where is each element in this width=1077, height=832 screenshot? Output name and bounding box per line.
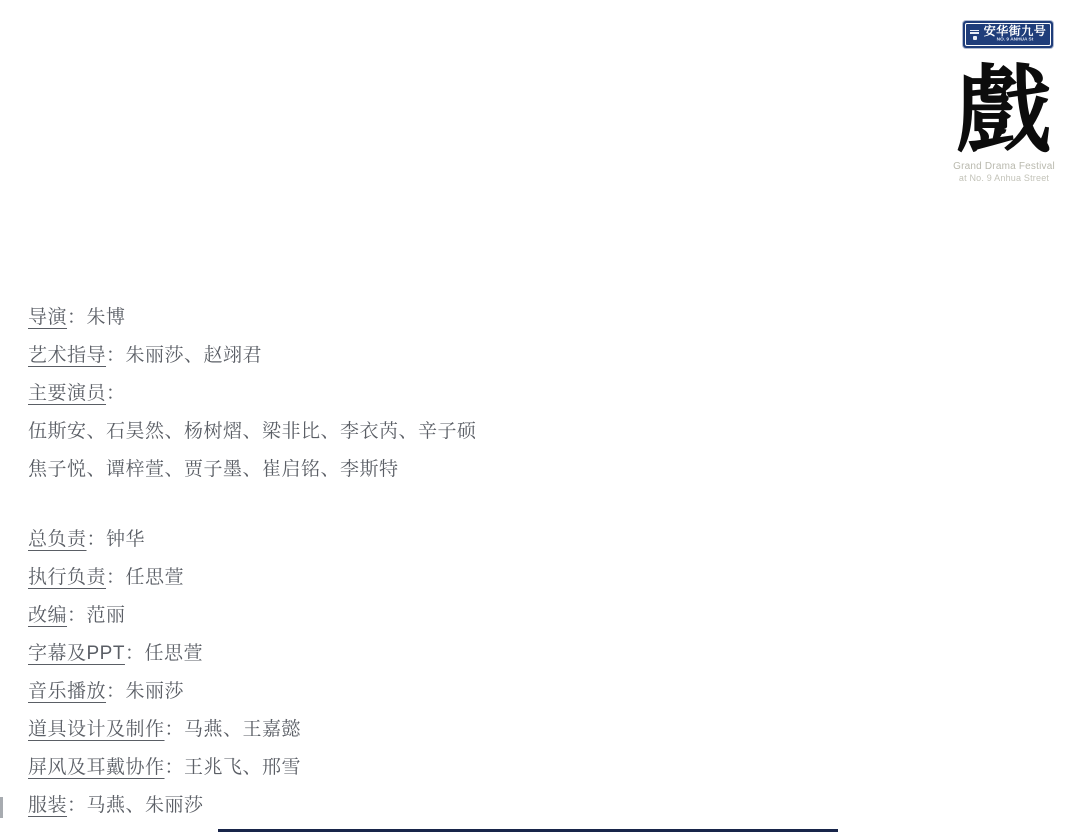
drama-character-glyph: 戲 — [943, 62, 1065, 160]
credit-line-costumes: 服装：马燕、朱丽莎 — [28, 784, 477, 822]
credit-names: 伍斯安、石昊然、杨树熠、梁非比、李衣芮、辛子硕 — [28, 416, 477, 443]
credit-names: 范丽 — [87, 600, 126, 627]
credit-names: 朱丽莎 — [126, 676, 185, 703]
credit-names: 朱博 — [87, 302, 126, 329]
credit-colon: ： — [67, 302, 87, 329]
credit-names: 任思萱 — [144, 638, 203, 665]
credit-role-label: 导演 — [28, 302, 67, 329]
credits-list: 导演：朱博 艺术指导：朱丽莎、赵翊君 主要演员： 伍斯安、石昊然、杨树熠、梁非比… — [28, 296, 477, 822]
credit-names: 任思萱 — [126, 562, 185, 589]
credit-colon: ： — [106, 676, 126, 703]
credit-line-music-playback: 音乐播放：朱丽莎 — [28, 670, 477, 708]
credit-colon: ： — [106, 378, 126, 405]
credit-role-label: 改编 — [28, 600, 67, 627]
credit-colon: ： — [106, 562, 126, 589]
credit-role-label: 字幕及PPT — [28, 638, 125, 665]
credit-line-cast-row-1: 伍斯安、石昊然、杨树熠、梁非比、李衣芮、辛子硕 — [28, 410, 477, 448]
credits-slide: 安华街九号 NO. 9 ANHUA St 戲 Grand Drama Festi… — [0, 0, 1077, 832]
credit-role-label: 执行负责 — [28, 562, 106, 589]
credit-role-label: 道具设计及制作 — [28, 714, 165, 741]
credit-line-subtitles-ppt: 字幕及PPT：任思萱 — [28, 632, 477, 670]
credit-names: 王兆飞、邢雪 — [184, 752, 301, 779]
credit-role-label: 音乐播放 — [28, 676, 106, 703]
credit-role-label: 屏风及耳戴协作 — [28, 752, 165, 779]
credit-colon: ： — [67, 790, 87, 817]
street-sign-frame: 安华街九号 NO. 9 ANHUA St — [965, 23, 1051, 46]
credit-colon: ： — [165, 714, 185, 741]
credit-role-label: 主要演员 — [28, 378, 106, 405]
credit-names: 焦子悦、谭梓萱、贾子墨、崔启铭、李斯特 — [28, 454, 399, 481]
credit-line-adaptation: 改编：范丽 — [28, 594, 477, 632]
credit-names: 钟华 — [106, 524, 145, 551]
credit-line-cast-row-2: 焦子悦、谭梓萱、贾子墨、崔启铭、李斯特 — [28, 448, 477, 486]
credit-colon: ： — [67, 600, 87, 627]
credit-colon: ： — [125, 638, 145, 665]
credit-names: 马燕、王嘉懿 — [184, 714, 301, 741]
credit-line-screen-headwear: 屏风及耳戴协作：王兆飞、邢雪 — [28, 746, 477, 784]
credit-role-label: 服装 — [28, 790, 67, 817]
logo-tagline-line1: Grand Drama Festival — [943, 161, 1065, 173]
credit-line-art-director: 艺术指导：朱丽莎、赵翊君 — [28, 334, 477, 372]
credit-line-general-manager: 总负责：钟华 — [28, 518, 477, 556]
credit-role-label: 艺术指导 — [28, 340, 106, 367]
street-sign-name-cn: 安华街九号 — [984, 25, 1047, 37]
credit-line-director: 导演：朱博 — [28, 296, 477, 334]
credit-colon: ： — [106, 340, 126, 367]
street-sign-emblem-icon — [969, 27, 980, 42]
credit-names: 马燕、朱丽莎 — [87, 790, 204, 817]
logo-tagline-line2: at No. 9 Anhua Street — [943, 173, 1065, 183]
credit-line-main-cast-header: 主要演员： — [28, 372, 477, 410]
street-sign-texts: 安华街九号 NO. 9 ANHUA St — [982, 25, 1048, 44]
left-edge-clipped-mark — [0, 797, 3, 818]
street-sign-badge: 安华街九号 NO. 9 ANHUA St — [963, 21, 1053, 48]
credit-colon: ： — [87, 524, 107, 551]
street-sign-name-en: NO. 9 ANHUA St — [997, 37, 1034, 42]
credit-colon: ： — [165, 752, 185, 779]
credit-line-executive-manager: 执行负责：任思萱 — [28, 556, 477, 594]
festival-logo: 戲 Grand Drama Festival at No. 9 Anhua St… — [943, 62, 1065, 183]
credit-role-label: 总负责 — [28, 524, 87, 551]
credit-names: 朱丽莎、赵翊君 — [126, 340, 263, 367]
credit-line-props-design: 道具设计及制作：马燕、王嘉懿 — [28, 708, 477, 746]
